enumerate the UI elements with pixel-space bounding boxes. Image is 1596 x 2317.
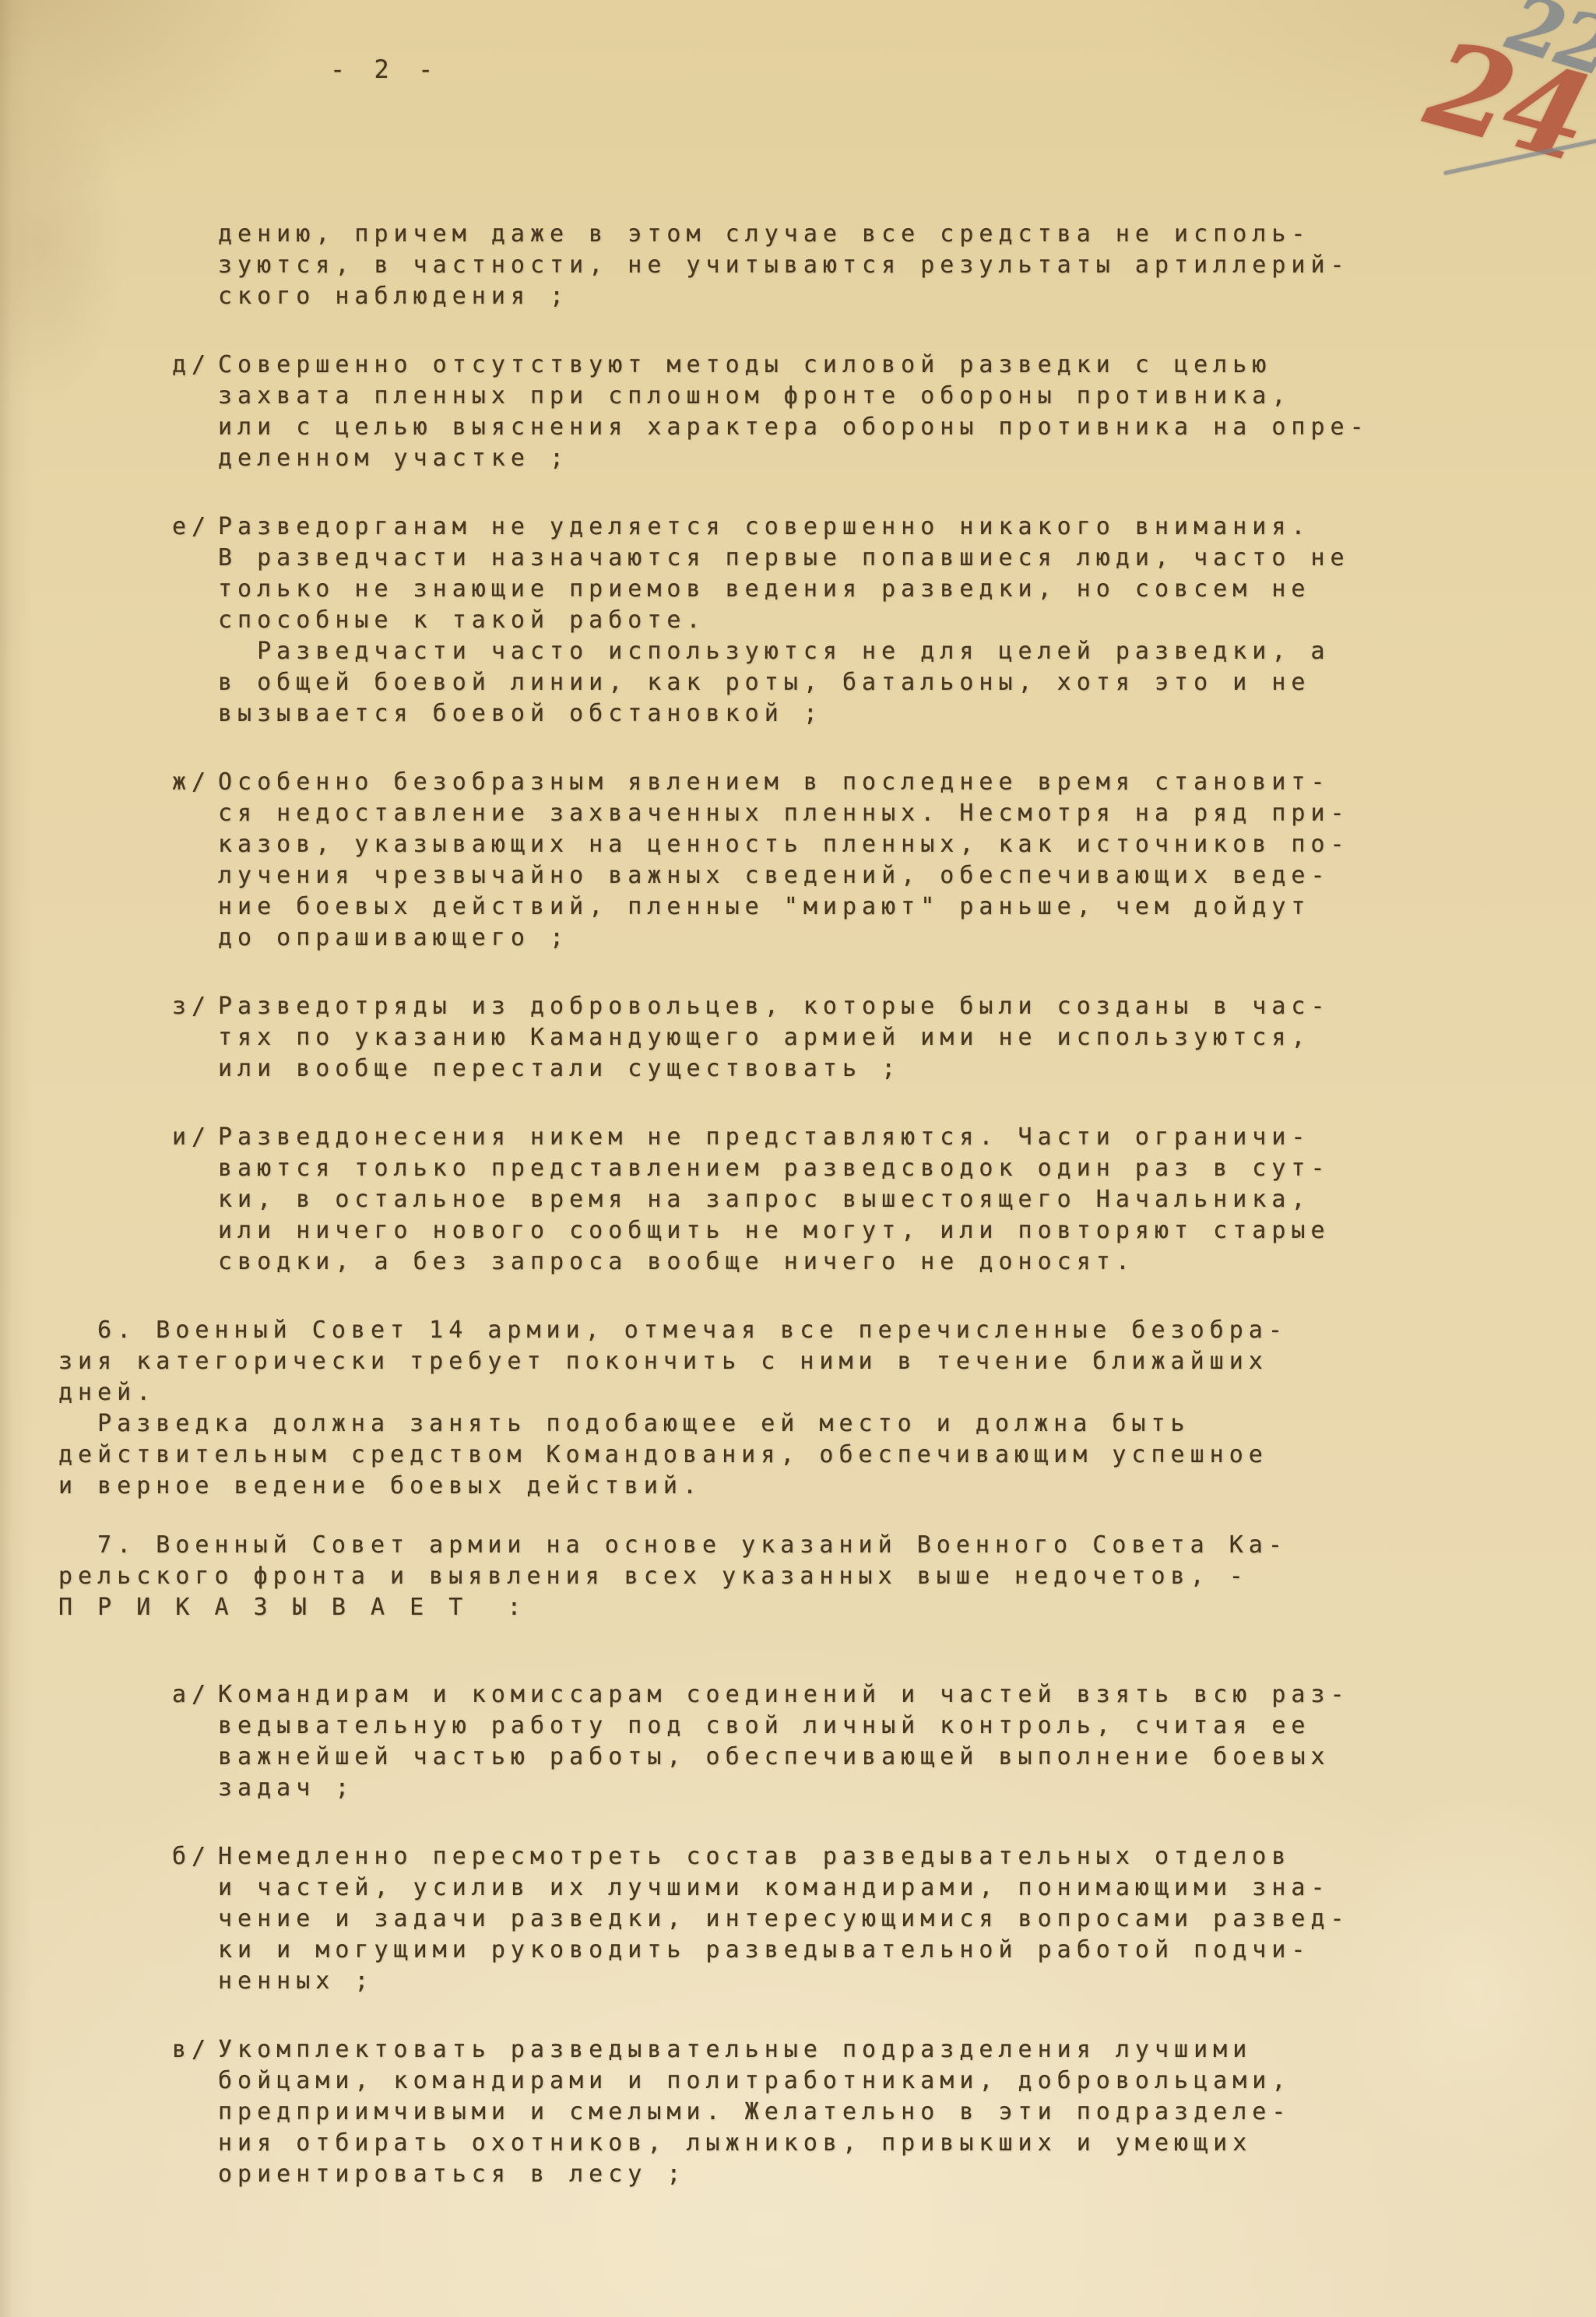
item-marker: в/ — [172, 2034, 211, 2066]
paragraph-text: Разведотряды из добровольцев, которые бы… — [218, 991, 1596, 1085]
paragraph-p6: 6. Военный Совет 14 армии, отмечая все п… — [0, 1315, 1596, 1502]
paragraph-d: д/Совершенно отсутствуют методы силовой … — [0, 350, 1596, 474]
item-marker: д/ — [172, 350, 211, 381]
paragraph-p7: 7. Военный Совет армии на основе указани… — [0, 1530, 1596, 1623]
paragraph-text: 6. Военный Совет 14 армии, отмечая все п… — [58, 1315, 1596, 1502]
paragraph-text: дению, причем даже в этом случае все сре… — [218, 219, 1596, 312]
paragraph-i: и/Разведдонесения никем не представляютс… — [0, 1122, 1596, 1278]
document-body: дению, причем даже в этом случае все сре… — [0, 219, 1596, 2190]
document-page: - 2 - 22 24 дению, причем даже в этом сл… — [0, 0, 1596, 2317]
paragraph-text: Немедленно пересмотреть состав разведыва… — [218, 1841, 1596, 1997]
paragraph-text: 7. Военный Совет армии на основе указани… — [58, 1530, 1596, 1623]
item-marker: и/ — [172, 1122, 211, 1153]
item-marker: а/ — [172, 1679, 211, 1711]
paragraph-text: Командирам и комиссарам соединений и час… — [218, 1679, 1596, 1804]
paragraph-e: е/Разведорганам не уделяется совершенно … — [0, 512, 1596, 730]
paragraph-text: Разведорганам не уделяется совершенно ни… — [218, 512, 1596, 730]
paragraph-text: Совершенно отсутствуют методы силовой ра… — [218, 350, 1596, 474]
paragraph-a: а/Командирам и комиссарам соединений и ч… — [0, 1679, 1596, 1804]
paragraph-zh: ж/Особенно безобразным явлением в послед… — [0, 767, 1596, 954]
paragraph-z: з/Разведотряды из добровольцев, которые … — [0, 991, 1596, 1085]
paragraph-text: Укомплектовать разведывательные подразде… — [218, 2034, 1596, 2190]
paragraph-text: Особенно безобразным явлением в последне… — [218, 767, 1596, 954]
item-marker: е/ — [172, 512, 211, 543]
item-marker: б/ — [172, 1841, 211, 1872]
paragraph-b: б/Немедленно пересмотреть состав разведы… — [0, 1841, 1596, 1997]
item-marker: з/ — [172, 991, 211, 1022]
paragraph-text: Разведдонесения никем не представляются.… — [218, 1122, 1596, 1278]
paragraph-intro: дению, причем даже в этом случае все сре… — [0, 219, 1596, 312]
paragraph-v: в/Укомплектовать разведывательные подраз… — [0, 2034, 1596, 2190]
page-number: - 2 - — [330, 54, 440, 84]
item-marker: ж/ — [172, 767, 211, 798]
